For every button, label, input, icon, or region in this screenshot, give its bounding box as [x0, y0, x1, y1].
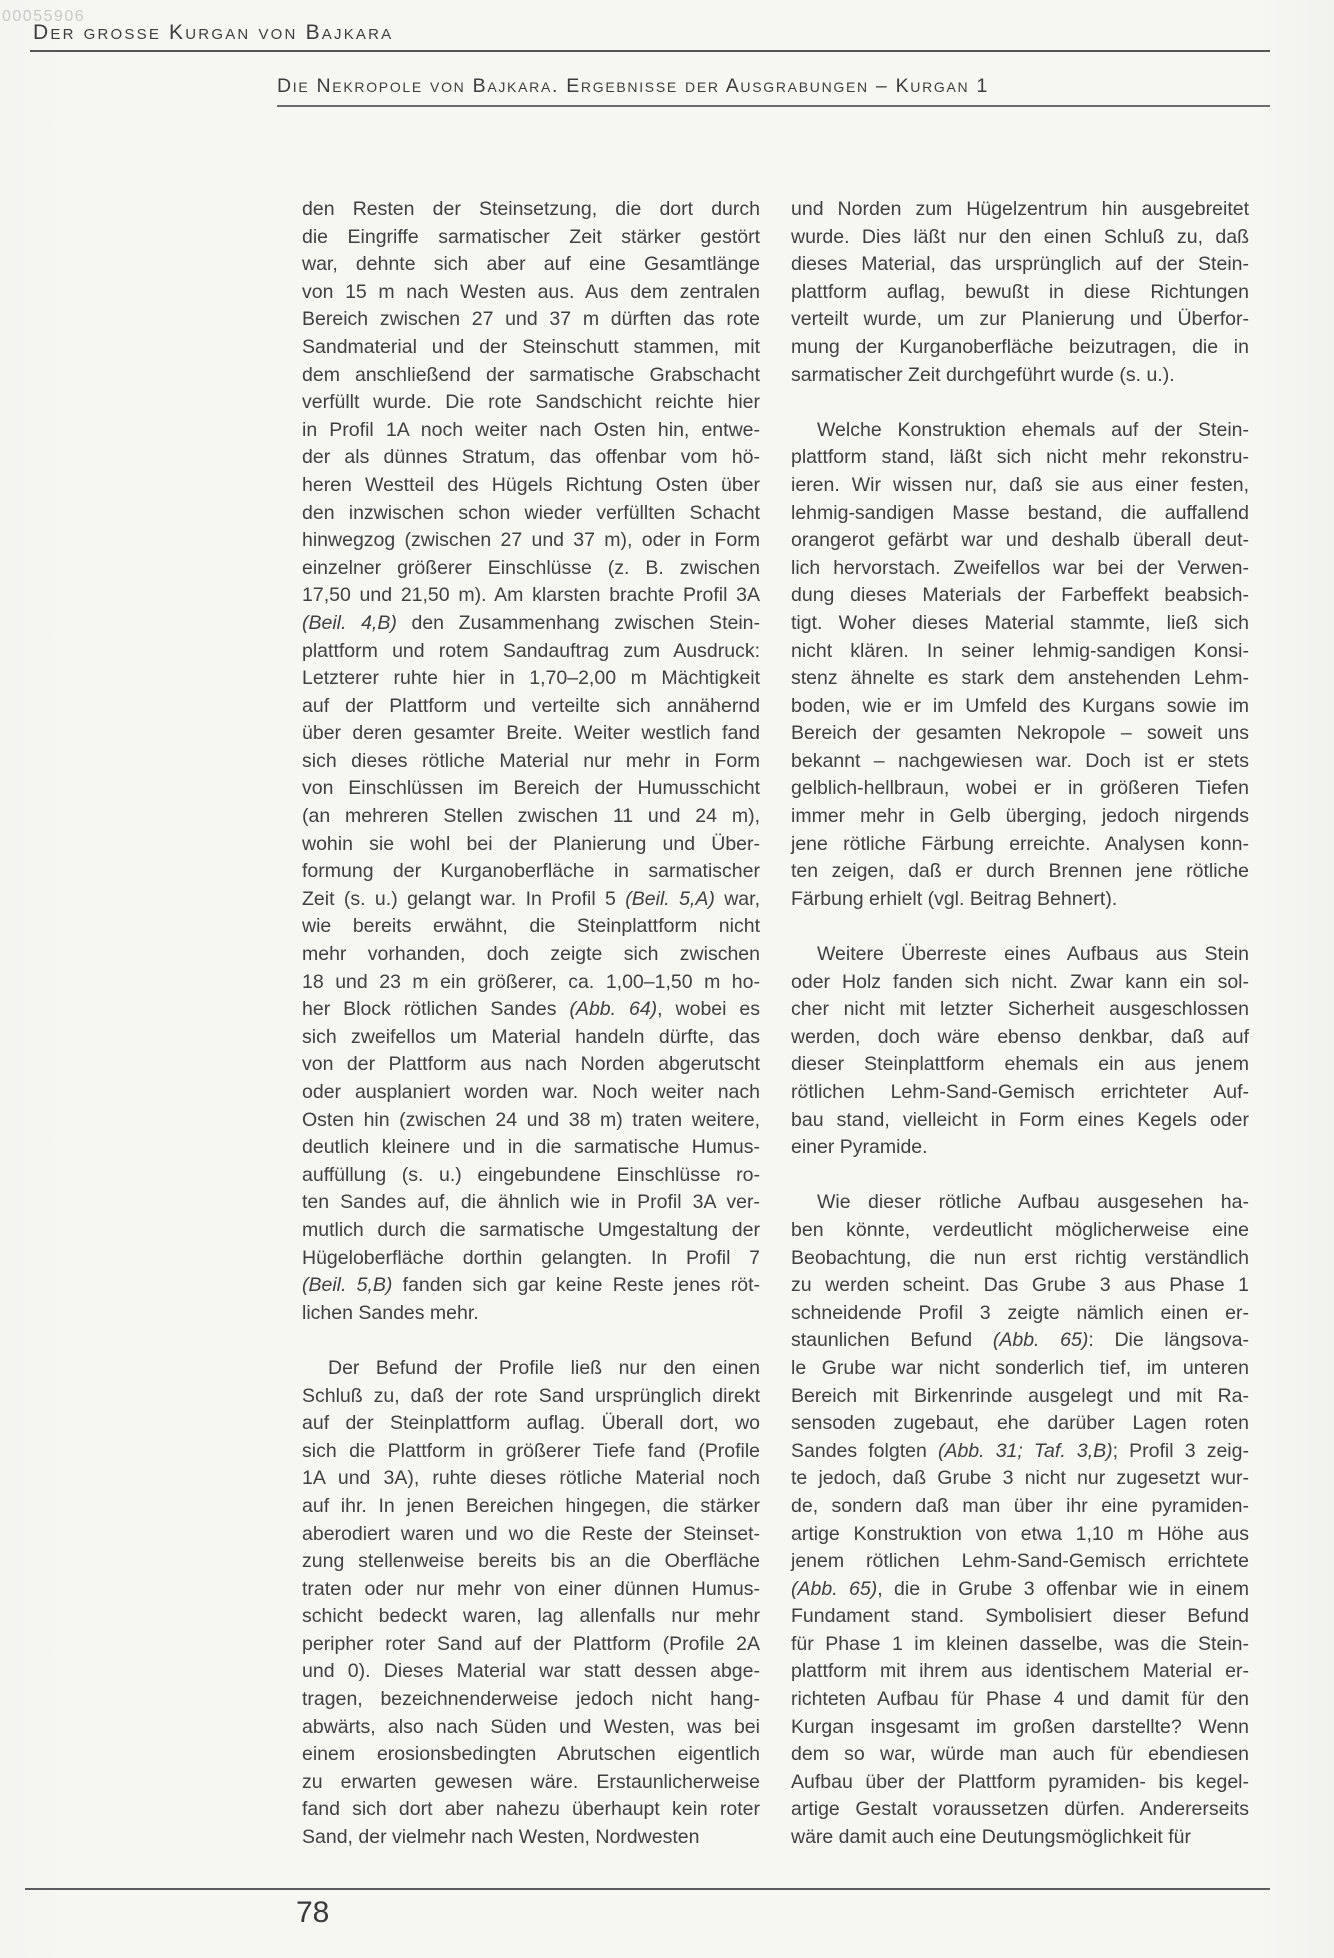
text-segment: schicht bedeckt waren, lag allenfalls nu…: [302, 1605, 760, 1627]
text-line: jenem rötlichen Lehm-Sand-Gemisch errich…: [791, 1548, 1249, 1576]
text-line: peripher roter Sand auf der Plattform (P…: [302, 1631, 760, 1659]
text-segment: den Resten der Steinsetzung, die dort du…: [302, 198, 760, 220]
text-segment: Beobachtung, die nun erst richtig verstä…: [791, 1247, 1249, 1269]
text-segment: verteilt wurde, um zur Planierung und Üb…: [791, 308, 1249, 330]
text-line: plattform mit ihrem aus identischem Mate…: [791, 1658, 1249, 1686]
text-segment: den Zusammenhang zwischen Stein-: [397, 612, 760, 634]
text-line: staunlichen Befund (Abb. 65): Die längso…: [791, 1327, 1249, 1355]
text-segment: 17,50 und 21,50 m). Am klarsten brachte …: [302, 584, 760, 606]
text-line: einem erosionsbedingten Abrutschen eigen…: [302, 1741, 760, 1769]
text-line: tigt. Woher dieses Material stammte, lie…: [791, 610, 1249, 638]
text-line: deutlich kleinere und in die sarmatische…: [302, 1134, 760, 1162]
text-line: Hügeloberfläche dorthin gelangten. In Pr…: [302, 1245, 760, 1273]
citation-reference: (Abb. 65): [993, 1329, 1089, 1351]
text-line: fand sich dort aber nahezu überhaupt kei…: [302, 1796, 760, 1824]
text-line: ten Sandes auf, die ähnlich wie in Profi…: [302, 1189, 760, 1217]
footer-rule: [25, 1888, 1270, 1890]
text-line: oder ausplaniert worden war. Noch weiter…: [302, 1079, 760, 1107]
text-segment: fand sich dort aber nahezu überhaupt kei…: [302, 1798, 760, 1820]
text-segment: wäre damit auch eine Deutungsmöglichkeit…: [791, 1826, 1191, 1848]
text-line: tragen, bezeichnenderweise jedoch nicht …: [302, 1686, 760, 1714]
text-segment: Bereich der gesamten Nekropole – soweit …: [791, 722, 1249, 744]
text-line: formung der Kurganoberfläche in sarmatis…: [302, 858, 760, 886]
text-line: Letzterer ruhte hier in 1,70–2,00 m Mäch…: [302, 665, 760, 693]
text-line: dieses Material, das ursprünglich auf de…: [791, 251, 1249, 279]
text-line: Aufbau über der Plattform pyramiden- bis…: [791, 1769, 1249, 1797]
text-line: Osten hin (zwischen 24 und 38 m) traten …: [302, 1107, 760, 1135]
citation-reference: (Beil. 5,A): [625, 888, 715, 910]
paragraph: den Resten der Steinsetzung, die dort du…: [302, 196, 760, 1327]
text-segment: Sand, der vielmehr nach Westen, Nordwest…: [302, 1826, 699, 1848]
text-segment: Bereich mit Birkenrinde ausgelegt und mi…: [791, 1385, 1249, 1407]
text-segment: ieren. Wir wissen nur, daß sie aus einer…: [791, 474, 1249, 496]
text-line: mutlich durch die sarmatische Umgestaltu…: [302, 1217, 760, 1245]
text-line: schneidende Profil 3 zeigte nämlich eine…: [791, 1300, 1249, 1328]
text-line: sensoden zugebaut, ehe darüber Lagen rot…: [791, 1410, 1249, 1438]
text-segment: von Einschlüssen im Bereich der Humussch…: [302, 777, 760, 799]
text-line: dieser Steinplattform ehemals ein aus je…: [791, 1051, 1249, 1079]
text-line: ten zeigen, daß er durch Brennen jene rö…: [791, 858, 1249, 886]
text-line: sarmatischer Zeit durchgeführt wurde (s.…: [791, 362, 1249, 390]
text-line: traten oder nur mehr von einer dünnen Hu…: [302, 1576, 760, 1604]
text-line: rötlichen Lehm-Sand-Gemisch errichteter …: [791, 1079, 1249, 1107]
text-line: 17,50 und 21,50 m). Am klarsten brachte …: [302, 582, 760, 610]
text-segment: staunlichen Befund: [791, 1329, 993, 1351]
text-line: den Resten der Steinsetzung, die dort du…: [302, 196, 760, 224]
text-line: (Beil. 4,B) den Zusammenhang zwischen St…: [302, 610, 760, 638]
text-line: sich dieses rötliche Material nur mehr i…: [302, 748, 760, 776]
text-line: te jedoch, daß Grube 3 nicht nur zugeset…: [791, 1465, 1249, 1493]
text-line: verteilt wurde, um zur Planierung und Üb…: [791, 306, 1249, 334]
text-line: immer mehr in Gelb überging, jedoch nirg…: [791, 803, 1249, 831]
text-segment: über deren gesamter Breite. Weiter westl…: [302, 722, 760, 744]
text-line: stenz ähnelte es stark dem anstehenden L…: [791, 665, 1249, 693]
text-line: wie bereits erwähnt, die Steinplattform …: [302, 913, 760, 941]
text-segment: Wie dieser rötliche Aufbau ausgesehen ha…: [817, 1191, 1249, 1213]
text-line: Bereich zwischen 27 und 37 m dürften das…: [302, 306, 760, 334]
text-segment: zu erwarten gewesen wäre. Erstaunlicherw…: [302, 1771, 760, 1793]
text-segment: und Norden zum Hügelzentrum hin ausgebre…: [791, 198, 1249, 220]
text-line: orangerot gefärbt war und deshalb überal…: [791, 527, 1249, 555]
text-line: bekannt – nachgewiesen war. Doch ist er …: [791, 748, 1249, 776]
text-segment: oder Holz fanden sich nicht. Zwar kann e…: [791, 971, 1249, 993]
text-line: abwärts, also nach Süden und Westen, was…: [302, 1714, 760, 1742]
text-segment: Sandes folgten: [791, 1440, 938, 1462]
text-line: Beobachtung, die nun erst richtig verstä…: [791, 1245, 1249, 1273]
text-line: auf ihr. In jenen Bereichen hingegen, di…: [302, 1493, 760, 1521]
text-segment: auf ihr. In jenen Bereichen hingegen, di…: [302, 1495, 760, 1517]
text-line: cher nicht mit letzter Sicherheit ausges…: [791, 996, 1249, 1024]
text-line: richteten Aufbau für Phase 4 und damit f…: [791, 1686, 1249, 1714]
text-segment: boden, wie er im Umfeld des Kurgans sowi…: [791, 695, 1249, 717]
text-segment: traten oder nur mehr von einer dünnen Hu…: [302, 1578, 760, 1600]
text-segment: abwärts, also nach Süden und Westen, was…: [302, 1716, 760, 1738]
text-line: sich die Plattform in größerer Tiefe fan…: [302, 1438, 760, 1466]
text-segment: Bereich zwischen 27 und 37 m dürften das…: [302, 308, 760, 330]
text-line: artige Konstruktion von etwa 1,10 m Höhe…: [791, 1521, 1249, 1549]
chapter-title: Die Nekropole von Bajkara. Ergebnisse de…: [277, 75, 989, 98]
text-line: werden, doch wäre ebenso denkbar, daß au…: [791, 1024, 1249, 1052]
text-segment: Der Befund der Profile ließ nur den eine…: [328, 1357, 760, 1379]
text-segment: Kurgan insgesamt im großen darstellte? W…: [791, 1716, 1249, 1738]
text-segment: , wobei es: [657, 998, 760, 1020]
left-text-column: den Resten der Steinsetzung, die dort du…: [302, 196, 760, 1852]
text-segment: lehmig-sandigen Masse bestand, die auffa…: [791, 502, 1249, 524]
text-line: und Norden zum Hügelzentrum hin ausgebre…: [791, 196, 1249, 224]
text-line: ieren. Wir wissen nur, daß sie aus einer…: [791, 472, 1249, 500]
text-segment: zung stellenweise bereits bis an die Obe…: [302, 1550, 760, 1572]
text-segment: : Die längsova-: [1088, 1329, 1249, 1351]
text-segment: für Phase 1 im kleinen dasselbe, was die…: [791, 1633, 1249, 1655]
text-line: der als dünnes Stratum, das offenbar vom…: [302, 444, 760, 472]
text-line: auffüllung (s. u.) eingebundene Einschlü…: [302, 1162, 760, 1190]
text-segment: sarmatischer Zeit durchgeführt wurde (s.…: [791, 364, 1175, 386]
text-segment: einem erosionsbedingten Abrutschen eigen…: [302, 1743, 760, 1765]
text-line: oder Holz fanden sich nicht. Zwar kann e…: [791, 969, 1249, 997]
citation-reference: (Beil. 5,B): [302, 1274, 392, 1296]
text-segment: dem anschließend der sarmatische Grabsch…: [302, 364, 760, 386]
text-line: (Beil. 5,B) fanden sich gar keine Reste …: [302, 1272, 760, 1300]
text-segment: der als dünnes Stratum, das offenbar vom…: [302, 446, 760, 468]
text-line: hinwegzog (zwischen 27 und 37 m), oder i…: [302, 527, 760, 555]
text-segment: plattform stand, läßt sich nicht mehr re…: [791, 446, 1249, 468]
text-segment: mutlich durch die sarmatische Umgestaltu…: [302, 1219, 760, 1241]
text-line: Schluß zu, daß der rote Sand ursprünglic…: [302, 1383, 760, 1411]
text-segment: tigt. Woher dieses Material stammte, lie…: [791, 612, 1249, 634]
text-line: von 15 m nach Westen aus. Aus dem zentra…: [302, 279, 760, 307]
text-segment: 1A und 3A), ruhte dieses rötliche Materi…: [302, 1467, 760, 1489]
text-segment: in Profil 1A noch weiter nach Osten hin,…: [302, 419, 760, 441]
text-segment: dieser Steinplattform ehemals ein aus je…: [791, 1053, 1249, 1075]
paragraph: Weitere Überreste eines Aufbaus aus Stei…: [791, 941, 1249, 1162]
text-segment: Welche Konstruktion ehemals auf der Stei…: [817, 419, 1249, 441]
text-line: Weitere Überreste eines Aufbaus aus Stei…: [791, 941, 1249, 969]
text-line: auf der Steinplattform auflag. Überall d…: [302, 1410, 760, 1438]
text-segment: und 0). Dieses Material war statt dessen…: [302, 1660, 760, 1682]
text-segment: richteten Aufbau für Phase 4 und damit f…: [791, 1688, 1249, 1710]
text-segment: Fundament stand. Symbolisiert dieser Bef…: [791, 1605, 1249, 1627]
text-line: her Block rötlichen Sandes (Abb. 64), wo…: [302, 996, 760, 1024]
text-segment: ben könnte, verdeutlicht möglicherweise …: [791, 1219, 1249, 1241]
text-line: Zeit (s. u.) gelangt war. In Profil 5 (B…: [302, 886, 760, 914]
text-segment: jene rötliche Färbung erreichte. Analyse…: [791, 833, 1249, 855]
text-segment: Osten hin (zwischen 24 und 38 m) traten …: [302, 1109, 760, 1131]
text-segment: mehr vorhanden, doch zeigte sich zwische…: [302, 943, 760, 965]
text-segment: stenz ähnelte es stark dem anstehenden L…: [791, 667, 1249, 689]
text-line: plattform auflag, bewußt in diese Richtu…: [791, 279, 1249, 307]
text-segment: Färbung erhielt (vgl. Beitrag Behnert).: [791, 888, 1117, 910]
text-line: Wie dieser rötliche Aufbau ausgesehen ha…: [791, 1189, 1249, 1217]
text-line: sich zweifellos um Material handeln dürf…: [302, 1024, 760, 1052]
text-line: und 0). Dieses Material war statt dessen…: [302, 1658, 760, 1686]
text-segment: lichen Sandes mehr.: [302, 1302, 479, 1324]
text-line: dem so war, würde man auch für ebendiese…: [791, 1741, 1249, 1769]
text-segment: artige Konstruktion von etwa 1,10 m Höhe…: [791, 1523, 1249, 1545]
text-segment: le Grube war nicht sonderlich tief, im u…: [791, 1357, 1249, 1379]
text-line: einzelner größerer Einschlüsse (z. B. zw…: [302, 555, 760, 583]
text-segment: Hügeloberfläche dorthin gelangten. In Pr…: [302, 1247, 760, 1269]
paragraph: Welche Konstruktion ehemals auf der Stei…: [791, 417, 1249, 914]
right-text-column: und Norden zum Hügelzentrum hin ausgebre…: [791, 196, 1249, 1852]
text-segment: war,: [715, 888, 760, 910]
text-segment: sich zweifellos um Material handeln dürf…: [302, 1026, 760, 1048]
text-segment: her Block rötlichen Sandes: [302, 998, 569, 1020]
text-segment: bekannt – nachgewiesen war. Doch ist er …: [791, 750, 1249, 772]
text-line: zu werden scheint. Das Grube 3 aus Phase…: [791, 1272, 1249, 1300]
text-segment: plattform mit ihrem aus identischem Mate…: [791, 1660, 1249, 1682]
text-line: von der Plattform aus nach Norden abgeru…: [302, 1051, 760, 1079]
text-segment: heren Westteil des Hügels Richtung Osten…: [302, 474, 760, 496]
text-segment: peripher roter Sand auf der Plattform (P…: [302, 1633, 760, 1655]
text-segment: verfüllt wurde. Die rote Sandschicht rei…: [302, 391, 760, 413]
text-segment: Letzterer ruhte hier in 1,70–2,00 m Mäch…: [302, 667, 760, 689]
text-line: Welche Konstruktion ehemals auf der Stei…: [791, 417, 1249, 445]
text-line: aberodiert waren und wo die Reste der St…: [302, 1521, 760, 1549]
text-line: dung dieses Materials der Farbeffekt bea…: [791, 582, 1249, 610]
text-segment: Sandmaterial und der Steinschutt stammen…: [302, 336, 760, 358]
text-segment: Schluß zu, daß der rote Sand ursprünglic…: [302, 1385, 760, 1407]
text-segment: auf der Plattform und verteilte sich ann…: [302, 695, 760, 717]
text-segment: artige Gestalt voraussetzen dürfen. Ande…: [791, 1798, 1249, 1820]
text-segment: dung dieses Materials der Farbeffekt bea…: [791, 584, 1249, 606]
text-line: 1A und 3A), ruhte dieses rötliche Materi…: [302, 1465, 760, 1493]
text-line: ben könnte, verdeutlicht möglicherweise …: [791, 1217, 1249, 1245]
text-line: Bereich mit Birkenrinde ausgelegt und mi…: [791, 1383, 1249, 1411]
paragraph: Wie dieser rötliche Aufbau ausgesehen ha…: [791, 1189, 1249, 1851]
text-segment: wurde. Dies läßt nur den einen Schluß zu…: [791, 226, 1249, 248]
text-segment: sensoden zugebaut, ehe darüber Lagen rot…: [791, 1412, 1249, 1434]
text-segment: schneidende Profil 3 zeigte nämlich eine…: [791, 1302, 1249, 1324]
text-line: (an mehreren Stellen zwischen 11 und 24 …: [302, 803, 760, 831]
text-segment: auf der Steinplattform auflag. Überall d…: [302, 1412, 760, 1434]
text-line: wäre damit auch eine Deutungsmöglichkeit…: [791, 1824, 1249, 1852]
text-line: dem anschließend der sarmatische Grabsch…: [302, 362, 760, 390]
text-line: Kurgan insgesamt im großen darstellte? W…: [791, 1714, 1249, 1742]
text-segment: formung der Kurganoberfläche in sarmatis…: [302, 860, 760, 882]
text-segment: bau stand, vielleicht in Form eines Kege…: [791, 1109, 1249, 1131]
text-line: plattform und rotem Sandauftrag zum Ausd…: [302, 638, 760, 666]
text-line: wohin sie wohl bei der Planierung und Üb…: [302, 831, 760, 859]
text-segment: wohin sie wohl bei der Planierung und Üb…: [302, 833, 760, 855]
text-segment: , die in Grube 3 offenbar wie in einem: [877, 1578, 1249, 1600]
text-segment: Aufbau über der Plattform pyramiden- bis…: [791, 1771, 1249, 1793]
text-segment: nicht klären. In seiner lehmig-sandigen …: [791, 640, 1249, 662]
text-line: Färbung erhielt (vgl. Beitrag Behnert).: [791, 886, 1249, 914]
text-segment: von 15 m nach Westen aus. Aus dem zentra…: [302, 281, 760, 303]
text-line: mung der Kurganoberfläche beizutragen, d…: [791, 334, 1249, 362]
text-segment: dem so war, würde man auch für ebendiese…: [791, 1743, 1249, 1765]
text-line: Sandmaterial und der Steinschutt stammen…: [302, 334, 760, 362]
paragraph: Der Befund der Profile ließ nur den eine…: [302, 1355, 760, 1852]
text-segment: werden, doch wäre ebenso denkbar, daß au…: [791, 1026, 1249, 1048]
text-line: lich hervorstach. Zweifellos war bei der…: [791, 555, 1249, 583]
text-segment: hinwegzog (zwischen 27 und 37 m), oder i…: [302, 529, 760, 551]
text-segment: war, dehnte sich aber auf eine Gesamtlän…: [302, 253, 760, 275]
text-segment: die Eingriffe sarmatischer Zeit stärker …: [302, 226, 760, 248]
text-line: die Eingriffe sarmatischer Zeit stärker …: [302, 224, 760, 252]
text-segment: rötlichen Lehm-Sand-Gemisch errichteter …: [791, 1081, 1249, 1103]
text-segment: gelblich-hellbraun, wobei er in größeren…: [791, 777, 1249, 799]
text-line: bau stand, vielleicht in Form eines Kege…: [791, 1107, 1249, 1135]
text-segment: tragen, bezeichnenderweise jedoch nicht …: [302, 1688, 760, 1710]
text-segment: auffüllung (s. u.) eingebundene Einschlü…: [302, 1164, 760, 1186]
text-line: in Profil 1A noch weiter nach Osten hin,…: [302, 417, 760, 445]
text-line: 18 und 23 m ein größerer, ca. 1,00–1,50 …: [302, 969, 760, 997]
text-segment: Weitere Überreste eines Aufbaus aus Stei…: [817, 943, 1249, 965]
text-line: plattform stand, läßt sich nicht mehr re…: [791, 444, 1249, 472]
text-segment: einzelner größerer Einschlüsse (z. B. zw…: [302, 557, 760, 579]
text-line: Sand, der vielmehr nach Westen, Nordwest…: [302, 1824, 760, 1852]
text-line: schicht bedeckt waren, lag allenfalls nu…: [302, 1603, 760, 1631]
text-segment: cher nicht mit letzter Sicherheit ausges…: [791, 998, 1249, 1020]
text-segment: 18 und 23 m ein größerer, ca. 1,00–1,50 …: [302, 971, 760, 993]
text-segment: sich die Plattform in größerer Tiefe fan…: [302, 1440, 760, 1462]
text-segment: orangerot gefärbt war und deshalb überal…: [791, 529, 1249, 551]
citation-reference: (Abb. 65): [791, 1578, 877, 1600]
text-line: lichen Sandes mehr.: [302, 1300, 760, 1328]
text-segment: ten Sandes auf, die ähnlich wie in Profi…: [302, 1191, 760, 1213]
paragraph: und Norden zum Hügelzentrum hin ausgebre…: [791, 196, 1249, 389]
text-segment: jenem rötlichen Lehm-Sand-Gemisch errich…: [791, 1550, 1249, 1572]
text-line: wurde. Dies läßt nur den einen Schluß zu…: [791, 224, 1249, 252]
text-segment: ; Profil 3 zeig-: [1113, 1440, 1249, 1462]
text-segment: von der Plattform aus nach Norden abgeru…: [302, 1053, 760, 1075]
text-line: nicht klären. In seiner lehmig-sandigen …: [791, 638, 1249, 666]
text-segment: Zeit (s. u.) gelangt war. In Profil 5: [302, 888, 625, 910]
text-segment: fanden sich gar keine Reste jenes röt-: [392, 1274, 760, 1296]
citation-reference: (Abb. 31; Taf. 3,B): [938, 1440, 1113, 1462]
text-line: den inzwischen schon wieder verfüllten S…: [302, 500, 760, 528]
text-line: Der Befund der Profile ließ nur den eine…: [302, 1355, 760, 1383]
scanned-book-page: 00055906 Der grosse Kurgan von Bajkara D…: [0, 0, 1334, 1958]
text-segment: immer mehr in Gelb überging, jedoch nirg…: [791, 805, 1249, 827]
text-segment: de, sondern daß man über ihr eine pyrami…: [791, 1495, 1249, 1517]
text-line: zung stellenweise bereits bis an die Obe…: [302, 1548, 760, 1576]
text-line: von Einschlüssen im Bereich der Humussch…: [302, 775, 760, 803]
text-line: jene rötliche Färbung erreichte. Analyse…: [791, 831, 1249, 859]
text-line: auf der Plattform und verteilte sich ann…: [302, 693, 760, 721]
text-segment: deutlich kleinere und in die sarmatische…: [302, 1136, 760, 1158]
text-line: gelblich-hellbraun, wobei er in größeren…: [791, 775, 1249, 803]
text-line: einer Pyramide.: [791, 1134, 1249, 1162]
text-segment: mung der Kurganoberfläche beizutragen, d…: [791, 336, 1249, 358]
text-segment: sich dieses rötliche Material nur mehr i…: [302, 750, 760, 772]
chapter-title-rule: [277, 105, 1270, 107]
text-line: boden, wie er im Umfeld des Kurgans sowi…: [791, 693, 1249, 721]
text-line: Bereich der gesamten Nekropole – soweit …: [791, 720, 1249, 748]
citation-reference: (Beil. 4,B): [302, 612, 397, 634]
text-segment: dieses Material, das ursprünglich auf de…: [791, 253, 1249, 275]
text-segment: aberodiert waren und wo die Reste der St…: [302, 1523, 760, 1545]
text-line: de, sondern daß man über ihr eine pyrami…: [791, 1493, 1249, 1521]
text-line: Fundament stand. Symbolisiert dieser Bef…: [791, 1603, 1249, 1631]
citation-reference: (Abb. 64): [569, 998, 657, 1020]
text-line: über deren gesamter Breite. Weiter westl…: [302, 720, 760, 748]
running-head-title: Der grosse Kurgan von Bajkara: [33, 21, 393, 45]
text-segment: einer Pyramide.: [791, 1136, 928, 1158]
text-line: le Grube war nicht sonderlich tief, im u…: [791, 1355, 1249, 1383]
text-segment: lich hervorstach. Zweifellos war bei der…: [791, 557, 1249, 579]
page-number: 78: [296, 1896, 329, 1930]
header-rule: [30, 50, 1270, 52]
text-segment: den inzwischen schon wieder verfüllten S…: [302, 502, 760, 524]
text-line: artige Gestalt voraussetzen dürfen. Ande…: [791, 1796, 1249, 1824]
text-segment: zu werden scheint. Das Grube 3 aus Phase…: [791, 1274, 1249, 1296]
text-line: (Abb. 65), die in Grube 3 offenbar wie i…: [791, 1576, 1249, 1604]
text-segment: plattform und rotem Sandauftrag zum Ausd…: [302, 640, 760, 662]
text-segment: plattform auflag, bewußt in diese Richtu…: [791, 281, 1249, 303]
text-line: Sandes folgten (Abb. 31; Taf. 3,B); Prof…: [791, 1438, 1249, 1466]
text-segment: te jedoch, daß Grube 3 nicht nur zugeset…: [791, 1467, 1249, 1489]
text-segment: (an mehreren Stellen zwischen 11 und 24 …: [302, 805, 760, 827]
text-segment: oder ausplaniert worden war. Noch weiter…: [302, 1081, 760, 1103]
text-line: verfüllt wurde. Die rote Sandschicht rei…: [302, 389, 760, 417]
text-line: mehr vorhanden, doch zeigte sich zwische…: [302, 941, 760, 969]
text-line: war, dehnte sich aber auf eine Gesamtlän…: [302, 251, 760, 279]
text-line: zu erwarten gewesen wäre. Erstaunlicherw…: [302, 1769, 760, 1797]
text-segment: ten zeigen, daß er durch Brennen jene rö…: [791, 860, 1249, 882]
text-line: für Phase 1 im kleinen dasselbe, was die…: [791, 1631, 1249, 1659]
text-segment: wie bereits erwähnt, die Steinplattform …: [302, 915, 760, 937]
text-line: lehmig-sandigen Masse bestand, die auffa…: [791, 500, 1249, 528]
text-line: heren Westteil des Hügels Richtung Osten…: [302, 472, 760, 500]
